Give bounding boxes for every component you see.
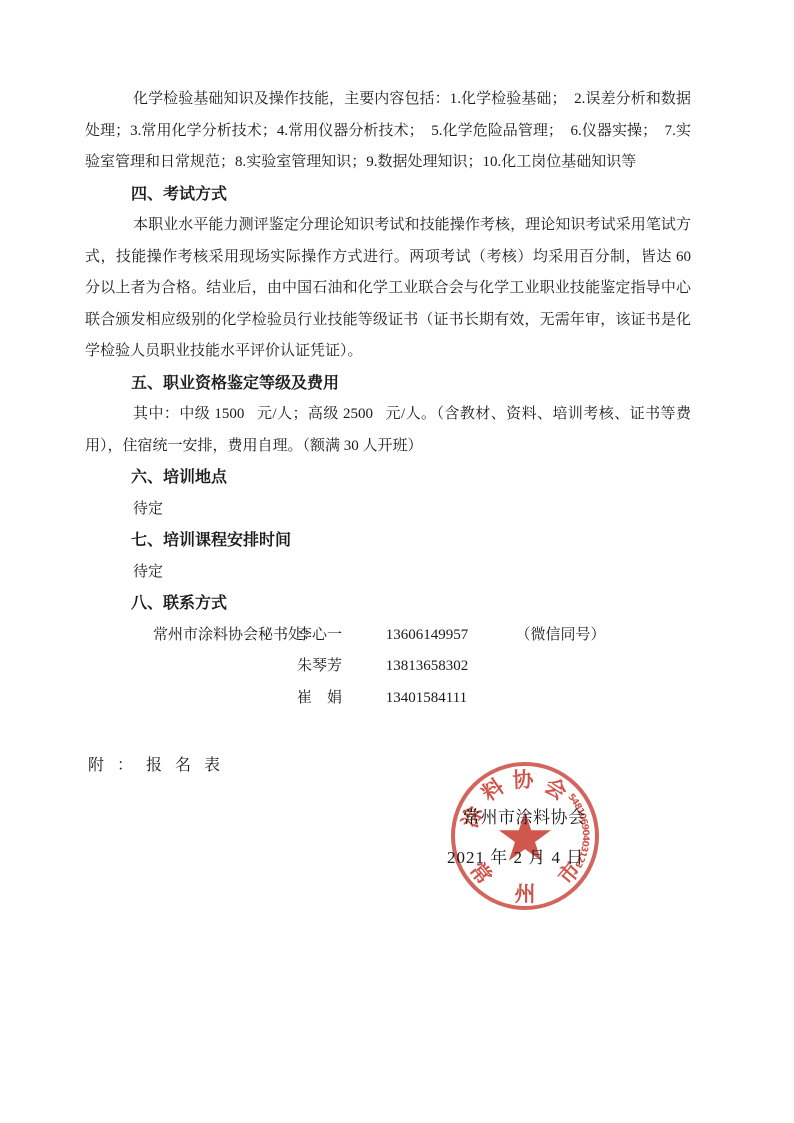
contact-phone: 13606149957 (386, 620, 512, 652)
section-heading-schedule: 七、培训课程安排时间 (85, 525, 691, 557)
contact-row: 朱琴芳 13813658302 (85, 651, 691, 683)
section-body-schedule: 待定 (85, 557, 691, 589)
contact-intro: 常州市涂料协会秘书处： (153, 620, 297, 652)
contact-name: 崔 娟 (297, 683, 382, 715)
section-body-exam-method: 本职业水平能力测评鉴定分理论知识考试和技能操作考核，理论知识考试采用笔试方式，技… (85, 210, 691, 368)
signature-date: 2021 年 2 月 4 日 (447, 843, 584, 868)
official-seal: 常州市涂料协会 32130409601845 ★ (451, 762, 599, 910)
section-heading-contact: 八、联系方式 (85, 588, 691, 620)
document-body: 化学检验基础知识及操作技能，主要内容包括：1.化学检验基础； 2.误差分析和数据… (85, 84, 691, 714)
contact-phone: 13401584111 (386, 683, 512, 715)
signature-org: 常州市涂料协会 (463, 803, 586, 828)
contact-phone: 13813658302 (386, 651, 512, 683)
attachment-note: 附：报名表 (88, 752, 233, 775)
contact-note: （微信同号） (516, 620, 606, 652)
contact-name: 朱琴芳 (297, 651, 382, 683)
contact-row: 常州市涂料协会秘书处： 李心一 13606149957 （微信同号） (85, 620, 691, 652)
section-heading-fees: 五、职业资格鉴定等级及费用 (85, 368, 691, 400)
section-heading-exam-method: 四、考试方式 (85, 179, 691, 211)
intro-paragraph: 化学检验基础知识及操作技能，主要内容包括：1.化学检验基础； 2.误差分析和数据… (85, 84, 691, 179)
contact-row: 崔 娟 13401584111 (85, 683, 691, 715)
section-heading-location: 六、培训地点 (85, 462, 691, 494)
document-page: 化学检验基础知识及操作技能，主要内容包括：1.化学检验基础； 2.误差分析和数据… (0, 0, 794, 1123)
section-body-location: 待定 (85, 494, 691, 526)
section-body-fees: 其中：中级 1500 元/人；高级 2500 元/人。（含教材、资料、培训考核、… (85, 399, 691, 462)
